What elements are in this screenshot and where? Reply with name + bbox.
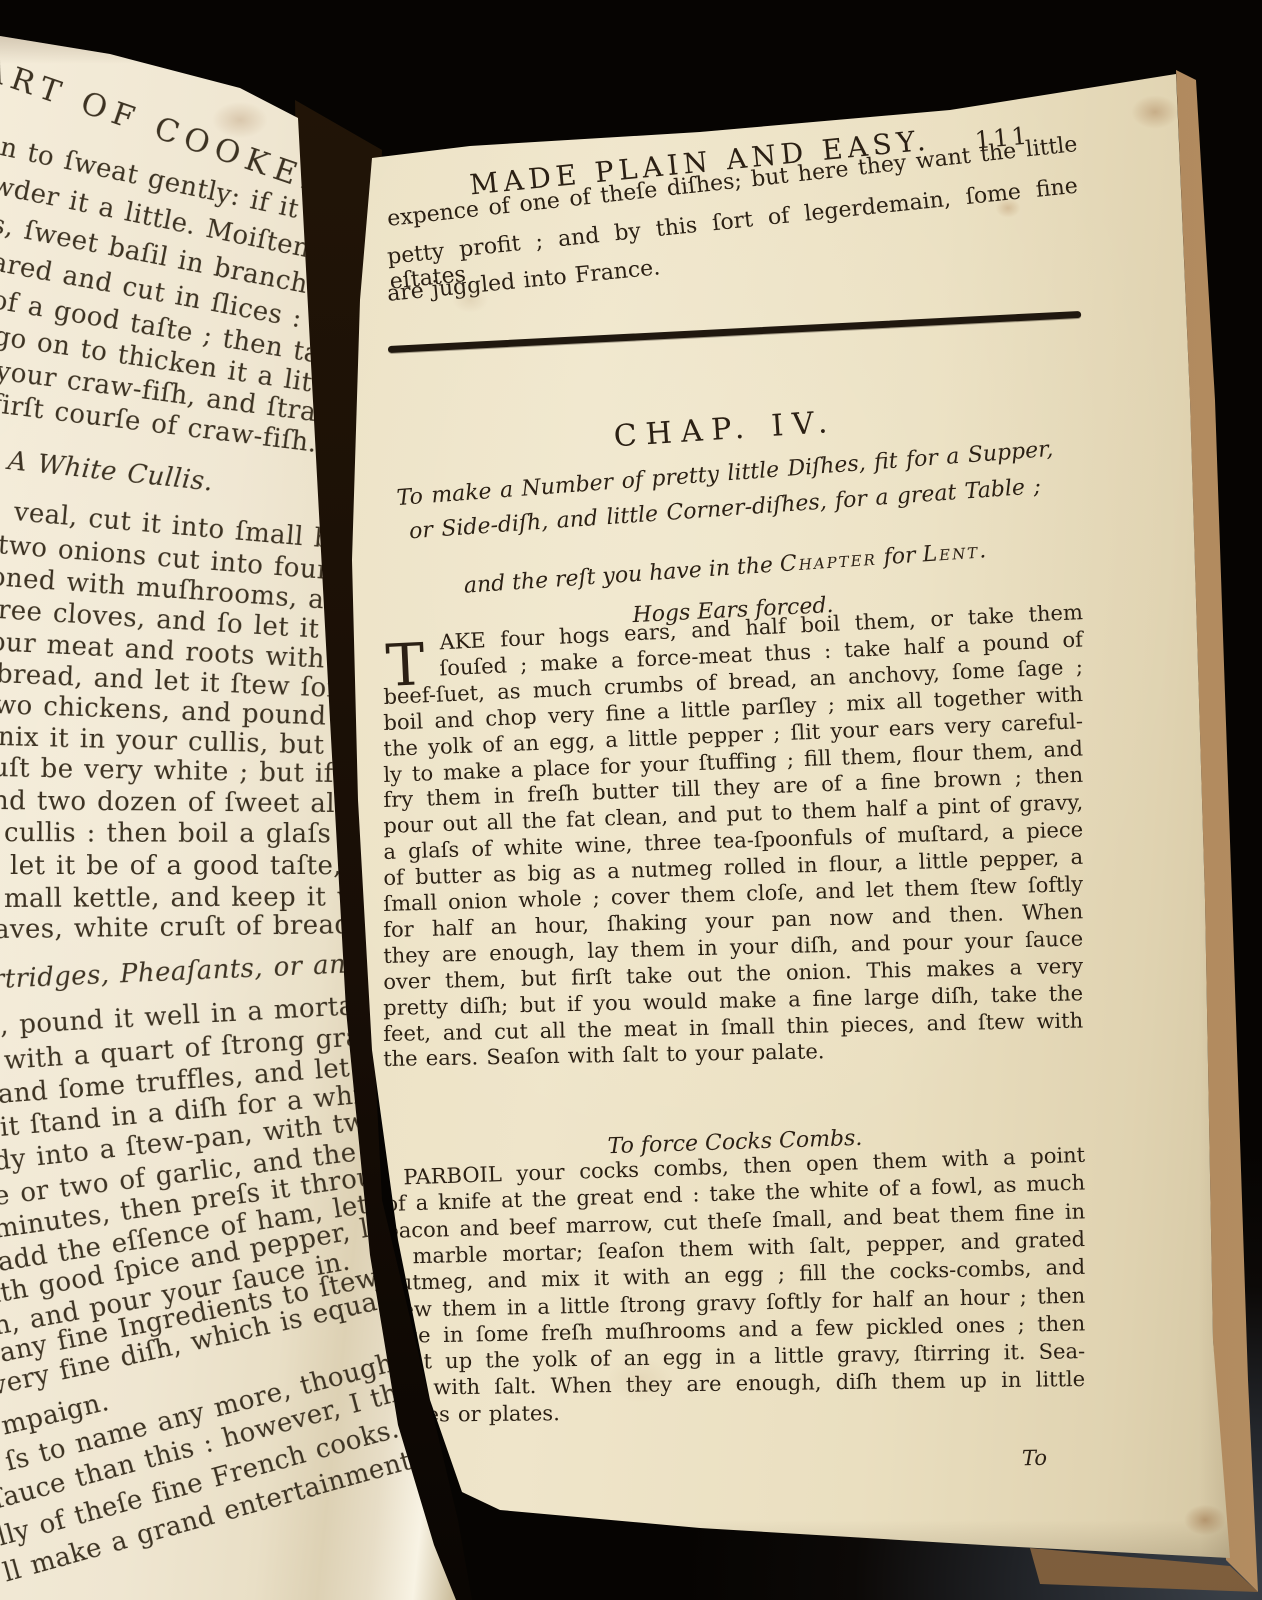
- smallcaps-chapter: Chapter: [779, 546, 878, 578]
- left-page-heading-line: A White Cullis.: [6, 446, 214, 497]
- smallcaps-lent: Lent: [922, 539, 980, 568]
- open-book-photo: ART OF COOKERY in to ſweat gently: if it…: [0, 0, 1262, 1600]
- subtitle-text: .: [978, 538, 987, 563]
- subtitle-text: and the reſt you have in the: [463, 552, 781, 598]
- catchword: To: [1022, 1446, 1048, 1471]
- text-line: diſhes or plates.: [385, 1395, 1085, 1426]
- section-divider-rule: [388, 311, 1081, 353]
- subtitle-text: for: [876, 543, 923, 571]
